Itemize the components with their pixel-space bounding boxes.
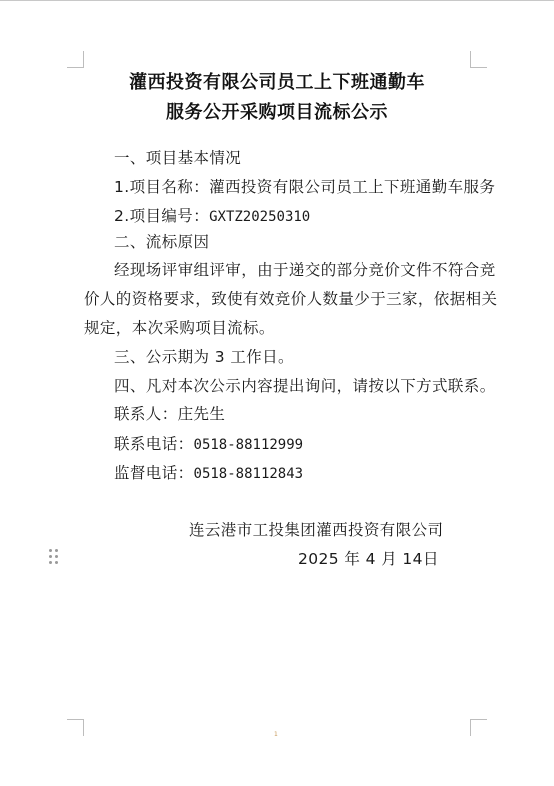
- section-4-inquiry: 四、凡对本次公示内容提出询问，请按以下方式联系。: [114, 374, 496, 396]
- signature-company: 连云港市工投集团灌西投资有限公司: [189, 518, 443, 540]
- project-number-value: GXTZ20250310: [209, 209, 310, 225]
- document-title-line-1: 灌西投资有限公司员工上下班通勤车: [0, 68, 554, 94]
- reason-paragraph-line-1: 经现场评审组评审，由于递交的部分竞价文件不符合竞: [114, 258, 496, 280]
- document-title-line-2: 服务公开采购项目流标公示: [0, 98, 554, 124]
- contact-phone-value: 0518-88112999: [194, 437, 304, 453]
- page-number: 1: [274, 731, 278, 738]
- reason-paragraph-line-2: 价人的资格要求，致使有效竞价人数量少于三家，依据相关: [84, 287, 497, 309]
- section-2-heading: 二、流标原因: [114, 230, 209, 252]
- project-name: 1.项目名称：灌西投资有限公司员工上下班通勤车服务: [114, 175, 495, 197]
- project-number: 2.项目编号：GXTZ20250310: [114, 204, 310, 226]
- contact-phone: 联系电话：0518-88112999: [114, 432, 303, 454]
- window-top-border: [0, 0, 554, 1]
- project-number-label: 2.项目编号：: [114, 207, 209, 225]
- supervision-phone: 监督电话：0518-88112843: [114, 461, 303, 483]
- section-3-publicity-period: 三、公示期为 3 工作日。: [114, 345, 294, 367]
- reason-paragraph-line-3: 规定，本次采购项目流标。: [84, 316, 275, 338]
- crop-mark-bottom-right: [470, 719, 487, 736]
- supervision-phone-value: 0518-88112843: [194, 466, 304, 482]
- signature-date: 2025 年 4 月 14日: [298, 547, 439, 569]
- contact-phone-label: 联系电话：: [114, 435, 194, 453]
- supervision-phone-label: 监督电话：: [114, 464, 194, 482]
- contact-person-label: 联系人：: [114, 405, 178, 423]
- section-1-heading: 一、项目基本情况: [114, 146, 241, 168]
- contact-person-value: 庄先生: [178, 405, 226, 423]
- crop-mark-top-left: [67, 51, 84, 68]
- drag-handle-icon[interactable]: [49, 549, 61, 565]
- contact-person: 联系人：庄先生: [114, 402, 225, 424]
- crop-mark-top-right: [470, 51, 487, 68]
- crop-mark-bottom-left: [67, 719, 84, 736]
